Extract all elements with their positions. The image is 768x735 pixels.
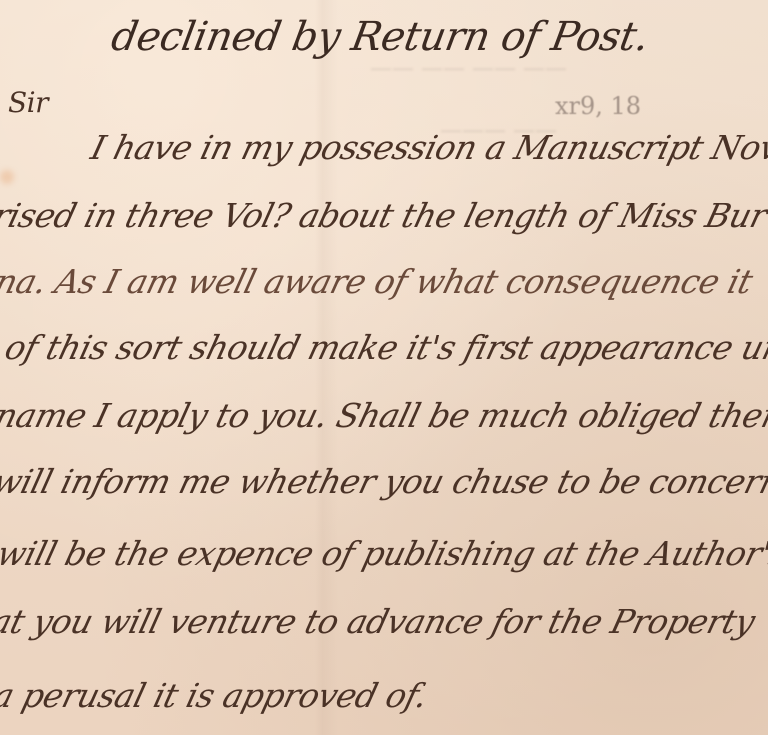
letter-line-7: will be the expence of publishing at the… <box>0 534 768 573</box>
salutation: Sir <box>8 86 48 119</box>
show-through-marks: xr9, 18 <box>555 92 641 120</box>
paper-stain <box>0 170 14 184</box>
letter-line-2: rised in three Vol? about the length of … <box>0 196 768 235</box>
letter-photograph: —— —— —— —— xr9, 18 ——— —— declined by R… <box>0 0 768 735</box>
letter-line-3: na. As I am well aware of what consequen… <box>0 262 756 301</box>
letter-line-5: name I apply to you. Shall be much oblig… <box>0 396 768 435</box>
letter-line-6: will inform me whether you chuse to be c… <box>0 462 768 501</box>
letter-line-8: at you will venture to advance for the P… <box>0 602 759 641</box>
letter-line-4: of this sort should make it's first appe… <box>1 328 768 367</box>
letter-line-1: I have in my possession a Manuscript Nov <box>87 128 768 167</box>
annotation-declined: declined by Return of Post. <box>108 14 652 60</box>
letter-line-9: a perusal it is approved of. <box>0 676 431 715</box>
